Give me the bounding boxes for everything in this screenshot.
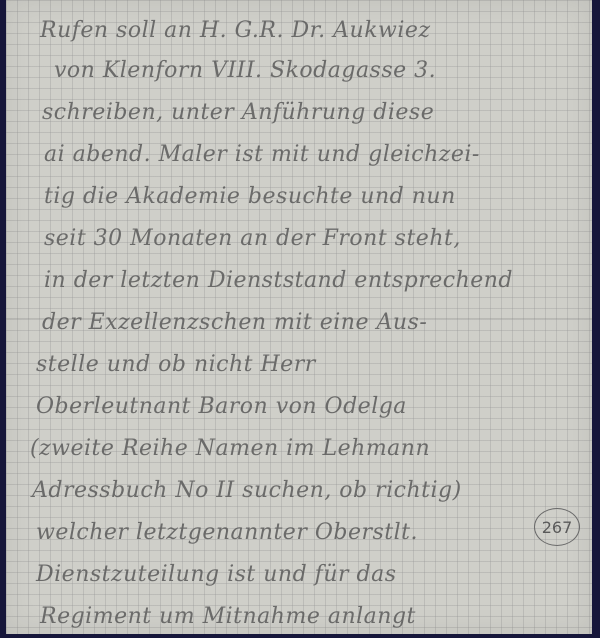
text-line-13: welcher letztgenannter Oberstlt.: [36, 520, 418, 545]
text-line-14: Dienstzuteilung ist und für das: [36, 562, 397, 587]
text-line-10: Oberleutnant Baron von Odelga: [36, 394, 407, 419]
text-line-12: Adressbuch No II suchen, ob richtig): [32, 478, 462, 503]
text-line-9: stelle und ob nicht Herr: [36, 352, 316, 377]
text-line-7: in der letzten Dienststand entsprechend: [44, 268, 513, 293]
text-line-11: (zweite Reihe Namen im Lehmann: [30, 436, 430, 461]
circled-page-number: 267: [534, 508, 580, 546]
text-line-4: ai abend. Maler ist mit und gleichzei-: [44, 142, 480, 167]
text-line-15: Regiment um Mitnahme anlangt: [40, 604, 416, 629]
text-line-8: der Exzellenzschen mit eine Aus-: [42, 310, 427, 335]
text-line-5: tig die Akademie besuchte und nun: [44, 184, 456, 209]
scan-background: Rufen soll an H. G.R. Dr. Aukwiez von Kl…: [0, 0, 600, 638]
text-line-1: Rufen soll an H. G.R. Dr. Aukwiez: [40, 18, 431, 43]
text-line-2: von Klenforn VIII. Skodagasse 3.: [54, 58, 436, 83]
text-line-3: schreiben, unter Anführung diese: [42, 100, 434, 125]
grid-paper-page: Rufen soll an H. G.R. Dr. Aukwiez von Kl…: [6, 0, 592, 634]
text-line-6: seit 30 Monaten an der Front steht,: [44, 226, 461, 251]
